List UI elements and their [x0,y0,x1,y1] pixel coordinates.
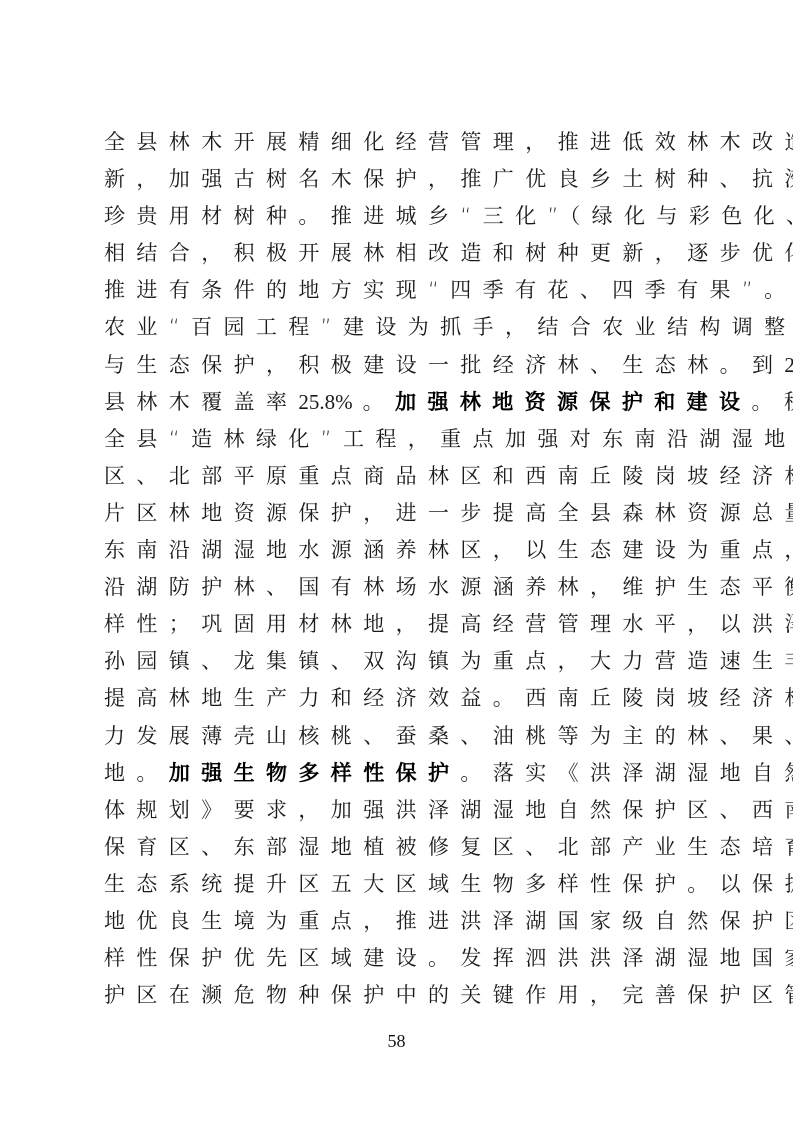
text-line: 推进有条件的地方实现“四季有花、四季有果”。以全民植树、 [104,272,704,309]
text-line: 片区林地资源保护，进一步提高全县森林资源总量和质量。 [104,495,704,532]
text-line: 护区在濒危物种保护中的关键作用，完善保护区管护基础设 [104,977,704,1014]
numeric-value: 25.8% [298,390,352,414]
text-segment: 提高林地生产力和经济效益。西南丘陵岗坡经济林果区，大 [104,686,793,710]
text-segment: 区、北部平原重点商品林区和西南丘陵岗坡经济林果区三大 [104,464,793,488]
text-line: 力发展薄壳山核桃、蚕桑、油桃等为主的林、果、蚕、苗基 [104,718,704,755]
document-page: 全县林木开展精细化经营管理，推进低效林木改造和树种更新，加强古树名木保护，推广优… [0,0,793,1122]
text-line: 东南沿湖湿地水源涵养林区，以生态建设为重点，突出保护 [104,532,704,569]
text-line: 珍贵用材树种。推进城乡“三化”（绿化与彩色化、效益化） [104,198,704,235]
bold-heading-phrase: 加强生物多样性保护 [169,761,461,785]
text-segment: 片区林地资源保护，进一步提高全县森林资源总量和质量。 [104,501,793,525]
text-segment: 样性保护优先区域建设。发挥泗洪洪泽湖湿地国家级自然保 [104,946,793,970]
text-segment: 护区在濒危物种保护中的关键作用，完善保护区管护基础设 [104,983,793,1007]
text-line: 提高林地生产力和经济效益。西南丘陵岗坡经济林果区，大 [104,680,704,717]
text-line: 区、北部平原重点商品林区和西南丘陵岗坡经济林果区三大 [104,458,704,495]
text-segment: 推进有条件的地方实现“四季有花、四季有果”。以全民植树、 [104,278,793,302]
text-line: 地优良生境为重点，推进洪泽湖国家级自然保护区等生物多 [104,903,704,940]
text-line: 地。加强生物多样性保护。落实《洪泽湖湿地自然保护区总 [104,755,704,792]
text-line: 相结合，积极开展林相改造和树种更新，逐步优化树种结构， [104,235,704,272]
text-line: 全县林木开展精细化经营管理，推进低效林木改造和树种更 [104,124,704,161]
text-segment: 农业“百园工程”建设为抓手，结合农业结构调整、林业发展 [104,315,793,339]
text-line: 样性保护优先区域建设。发挥泗洪洪泽湖湿地国家级自然保 [104,940,704,977]
text-segment: 体规划》要求，加强洪泽湖湿地自然保护区、西南林地植被 [104,798,793,822]
text-line: 县林木覆盖率25.8%。加强林地资源保护和建设。积极开展 [104,384,704,421]
text-segment: 沿湖防护林、国有林场水源涵养林，维护生态平衡和生物多 [104,575,793,599]
text-segment: 地优良生境为重点，推进洪泽湖国家级自然保护区等生物多 [104,909,793,933]
text-segment: 孙园镇、龙集镇、双沟镇为重点，大力营造速生丰产用材林， [104,649,793,673]
text-segment: 。 [363,390,395,414]
text-line: 农业“百园工程”建设为抓手，结合农业结构调整、林业发展 [104,309,704,346]
text-segment: 生态系统提升区五大区域生物多样性保护。以保护洪泽湖湿 [104,872,793,896]
text-segment: 。积极开展 [751,390,793,414]
text-segment: 县林木覆盖率 [104,390,298,414]
text-segment: 地。 [104,761,169,785]
page-number: 58 [0,1031,793,1052]
text-segment: 相结合，积极开展林相改造和树种更新，逐步优化树种结构， [104,241,793,265]
text-segment: 与生态保护，积极建设一批经济林、生态林。到 [104,353,784,377]
bold-heading-phrase: 加强林地资源保护和建设 [395,390,751,414]
text-line: 沿湖防护林、国有林场水源涵养林，维护生态平衡和生物多 [104,569,704,606]
text-segment: 力发展薄壳山核桃、蚕桑、油桃等为主的林、果、蚕、苗基 [104,724,793,748]
text-line: 新，加强古树名木保护，推广优良乡土树种、抗涝乔木树种、 [104,161,704,198]
text-segment: 。落实《洪泽湖湿地自然保护区总 [460,761,793,785]
text-line: 生态系统提升区五大区域生物多样性保护。以保护洪泽湖湿 [104,866,704,903]
text-line: 体规划》要求，加强洪泽湖湿地自然保护区、西南林地植被 [104,792,704,829]
text-segment: 新，加强古树名木保护，推广优良乡土树种、抗涝乔木树种、 [104,167,793,191]
numeric-value: 2025 [784,353,793,377]
text-segment: 东南沿湖湿地水源涵养林区，以生态建设为重点，突出保护 [104,538,793,562]
text-line: 孙园镇、龙集镇、双沟镇为重点，大力营造速生丰产用材林， [104,643,704,680]
text-segment: 样性；巩固用材林地，提高经营管理水平，以洪泽湖农场、 [104,612,793,636]
body-text: 全县林木开展精细化经营管理，推进低效林木改造和树种更新，加强古树名木保护，推广优… [104,124,704,1014]
text-line: 与生态保护，积极建设一批经济林、生态林。到2025年，全 [104,347,704,384]
text-segment: 全县林木开展精细化经营管理，推进低效林木改造和树种更 [104,130,793,154]
text-segment: 珍贵用材树种。推进城乡“三化”（绿化与彩色化、效益化） [104,204,793,228]
text-line: 全县“造林绿化”工程，重点加强对东南沿湖湿地水源涵养林 [104,421,704,458]
text-line: 保育区、东部湿地植被修复区、北部产业生态培育区和城区 [104,829,704,866]
text-line: 样性；巩固用材林地，提高经营管理水平，以洪泽湖农场、 [104,606,704,643]
text-segment: 全县“造林绿化”工程，重点加强对东南沿湖湿地水源涵养林 [104,427,793,451]
text-segment: 保育区、东部湿地植被修复区、北部产业生态培育区和城区 [104,835,793,859]
